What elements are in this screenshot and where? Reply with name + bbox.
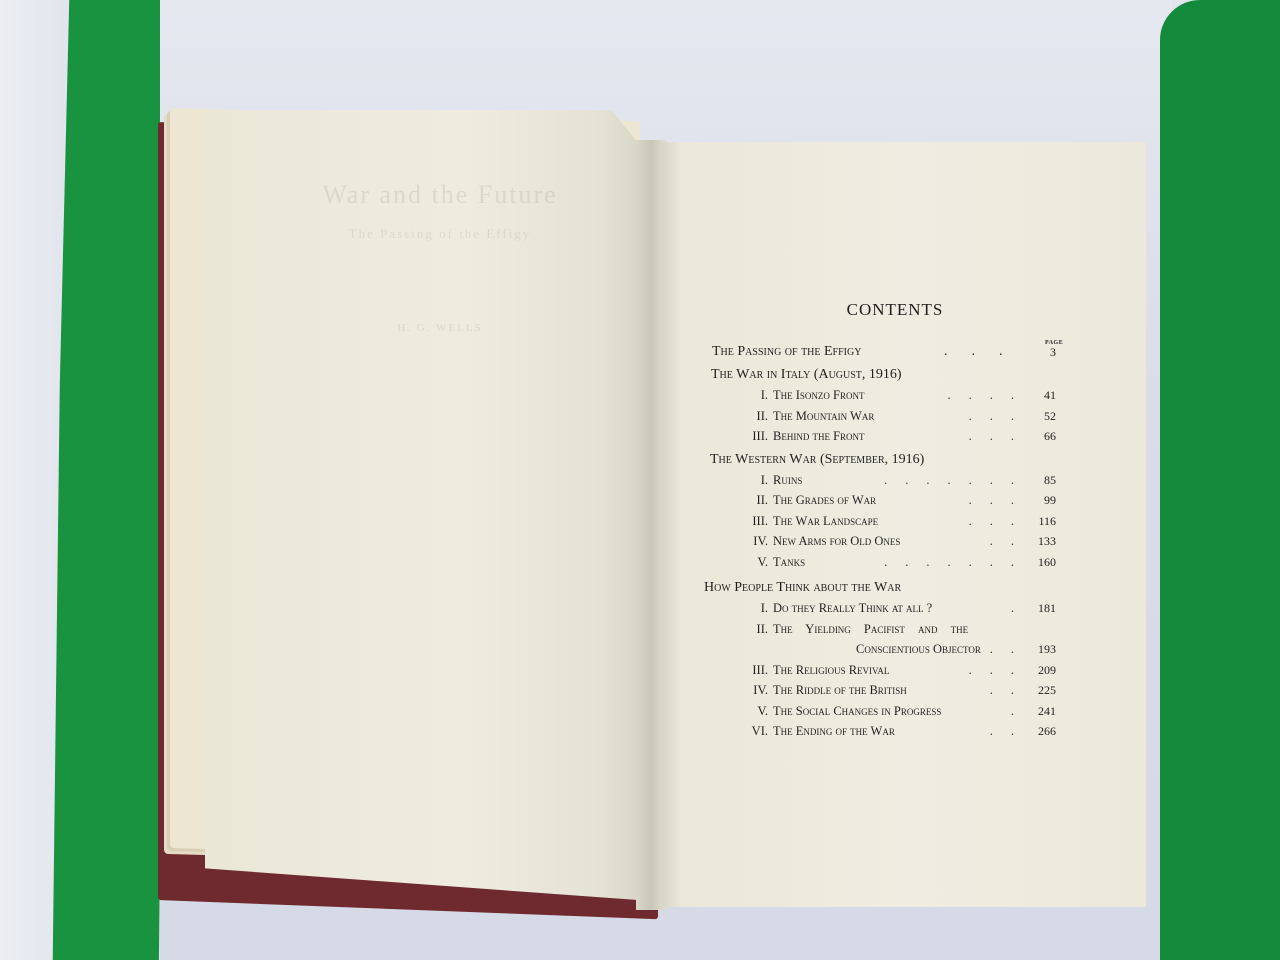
- toc-section: The Passing of the Effigy ... 3: [712, 342, 1070, 362]
- chapter-title: The War Landscape: [773, 514, 878, 528]
- section-title: The War in Italy (August, 1916): [711, 367, 902, 382]
- chapter-title: The Isonzo Front: [773, 388, 865, 402]
- chapter-title: The Religious Revival: [773, 663, 889, 677]
- dot-leader: ...: [910, 426, 1032, 447]
- chapter-number: IV.: [700, 680, 768, 701]
- toc-entry: III.The Religious Revival ... 209: [700, 660, 1070, 681]
- dot-leader: ...: [910, 660, 1032, 681]
- toc-entry: V.Tanks ....... 160: [700, 552, 1070, 573]
- dot-leader: ....: [910, 385, 1032, 406]
- page-number: 85: [1044, 470, 1056, 491]
- toc-section: The War in Italy (August, 1916): [711, 365, 1070, 385]
- toc-entry: II.The Yielding Pacifist and the: [700, 619, 1070, 640]
- dot-leader: ..: [910, 639, 1032, 660]
- page-number: 133: [1038, 531, 1056, 552]
- white-paper-left: [0, 0, 60, 960]
- chapter-number: I.: [700, 598, 768, 619]
- section-title: The Western War (September, 1916): [710, 452, 924, 467]
- chapter-number: V.: [700, 701, 768, 722]
- toc-entry: IV.New Arms for Old Ones .. 133: [700, 531, 1070, 552]
- chapter-number: III.: [700, 426, 768, 447]
- table-of-contents: CONTENTS PAGE The Passing of the Effigy …: [700, 300, 1070, 742]
- chapter-number: I.: [700, 470, 768, 491]
- toc-entry: V.The Social Changes in Progress . 241: [700, 701, 1070, 722]
- chapter-title: The Grades of War: [773, 493, 876, 507]
- chapter-number: VI.: [700, 721, 768, 742]
- page-number: 241: [1038, 701, 1056, 722]
- page-number: 193: [1038, 639, 1056, 660]
- page-number: 160: [1038, 552, 1056, 573]
- ghost-subtitle: The Passing of the Effigy: [260, 226, 620, 242]
- page-number: 3: [1050, 342, 1056, 362]
- dot-leader: ..: [910, 680, 1032, 701]
- toc-entry: II.The Grades of War ... 99: [700, 490, 1070, 511]
- chapter-number: III.: [700, 511, 768, 532]
- chapter-number: II.: [700, 406, 768, 427]
- show-through-text: War and the Future The Passing of the Ef…: [260, 180, 620, 334]
- page-number: 41: [1044, 385, 1056, 406]
- section-title: How People Think about the War: [704, 580, 901, 595]
- chapter-title: Do they Really Think at all ?: [773, 601, 932, 615]
- toc-entry: II.The Mountain War ... 52: [700, 406, 1070, 427]
- dot-leader: ..: [910, 721, 1032, 742]
- ghost-title: War and the Future: [260, 180, 620, 210]
- page-number: 181: [1038, 598, 1056, 619]
- chapter-title: Ruins: [773, 473, 802, 487]
- ghost-author: H. G. WELLS: [260, 322, 620, 334]
- toc-entry: III.The War Landscape ... 116: [700, 511, 1070, 532]
- dot-leader: ...: [910, 406, 1032, 427]
- page-number: 52: [1044, 406, 1056, 427]
- chapter-title: Tanks: [773, 555, 805, 569]
- chapter-title: The Ending of the War: [773, 724, 895, 738]
- toc-entry: I.Ruins ....... 85: [700, 470, 1070, 491]
- page-number: 266: [1038, 721, 1056, 742]
- dot-leader: ...: [910, 490, 1032, 511]
- toc-entry: I.The Isonzo Front .... 41: [700, 385, 1070, 406]
- page-number: 116: [1038, 511, 1056, 532]
- page-number: 99: [1044, 490, 1056, 511]
- dot-leader: .......: [810, 470, 1032, 491]
- chapter-number: II.: [700, 619, 768, 640]
- contents-heading: CONTENTS: [720, 300, 1070, 320]
- dot-leader: .......: [810, 552, 1032, 573]
- section-title: The Passing of the Effigy: [712, 344, 861, 359]
- chapter-number: III.: [700, 660, 768, 681]
- chapter-title: The Yielding Pacifist and the: [773, 622, 968, 636]
- chapter-number: II.: [700, 490, 768, 511]
- green-backdrop-left: [48, 0, 166, 960]
- toc-entry: III.Behind the Front ... 66: [700, 426, 1070, 447]
- toc-section: How People Think about the War: [704, 578, 1070, 598]
- toc-entry: I.Do they Really Think at all ? . 181: [700, 598, 1070, 619]
- dot-leader: ...: [944, 342, 1027, 362]
- dot-leader: ...: [910, 511, 1032, 532]
- toc-entry: VI.The Ending of the War .. 266: [700, 721, 1070, 742]
- page-number: 66: [1044, 426, 1056, 447]
- green-backdrop-right: [1160, 0, 1280, 960]
- dot-leader: .: [910, 598, 1032, 619]
- chapter-title: The Riddle of the British: [773, 683, 907, 697]
- toc-entry: IV.The Riddle of the British .. 225: [700, 680, 1070, 701]
- dot-leader: .: [910, 701, 1032, 722]
- toc-section: The Western War (September, 1916): [710, 450, 1070, 470]
- chapter-title: New Arms for Old Ones: [773, 534, 900, 548]
- chapter-number: V.: [700, 552, 768, 573]
- toc-entry-continuation: Conscientious Objector .. 193: [700, 639, 1070, 660]
- chapter-title: Behind the Front: [773, 429, 865, 443]
- page-number: 225: [1038, 680, 1056, 701]
- dot-leader: ..: [910, 531, 1032, 552]
- chapter-number: IV.: [700, 531, 768, 552]
- page-number: 209: [1038, 660, 1056, 681]
- chapter-title: The Mountain War: [773, 409, 874, 423]
- chapter-number: I.: [700, 385, 768, 406]
